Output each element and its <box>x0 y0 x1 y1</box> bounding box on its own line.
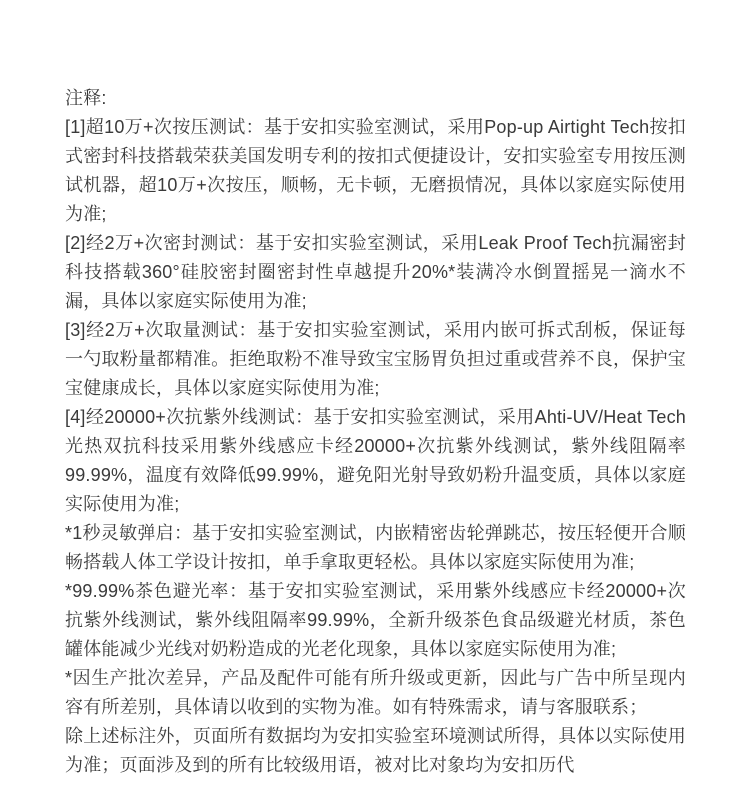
notes-paragraph: *99.99%茶色避光率：基于安扣实验室测试，采用紫外线感应卡经20000+次抗… <box>65 577 686 664</box>
notes-document: 注释: [1]超10万+次按压测试：基于安扣实验室测试，采用Pop-up Air… <box>0 0 750 788</box>
notes-paragraph: *因生产批次差异，产品及配件可能有所升级或更新，因此与广告中所呈现内容有所差别，… <box>65 664 686 722</box>
notes-paragraph: *1秒灵敏弹启：基于安扣实验室测试，内嵌精密齿轮弹跳芯，按压轻便开合顺畅搭载人体… <box>65 519 686 577</box>
notes-paragraph: [2]经2万+次密封测试：基于安扣实验室测试，采用Leak Proof Tech… <box>65 229 686 316</box>
notes-paragraph-list: [1]超10万+次按压测试：基于安扣实验室测试，采用Pop-up Airtigh… <box>65 113 686 780</box>
notes-paragraph: [1]超10万+次按压测试：基于安扣实验室测试，采用Pop-up Airtigh… <box>65 113 686 229</box>
notes-paragraph: [4]经20000+次抗紫外线测试：基于安扣实验室测试，采用Ahti-UV/He… <box>65 403 686 519</box>
notes-paragraph: [3]经2万+次取量测试：基于安扣实验室测试，采用内嵌可拆式刮板，保证每一勺取粉… <box>65 316 686 403</box>
notes-paragraph: 除上述标注外，页面所有数据均为安扣实验室环境测试所得，具体以实际使用为准；页面涉… <box>65 722 686 780</box>
notes-title: 注释: <box>65 84 686 113</box>
